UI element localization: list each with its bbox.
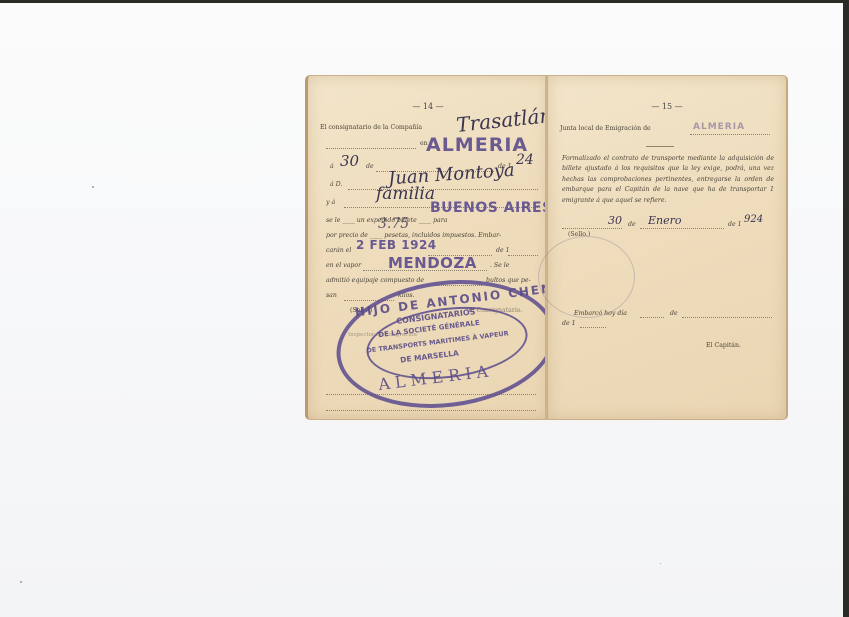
day-handwritten: 30 xyxy=(340,152,359,170)
date-stamp: 2 FEB 1924 xyxy=(356,238,437,252)
city-stamp: ALMERIA xyxy=(426,134,528,156)
divider xyxy=(646,146,674,147)
board-city-stamp: ALMERIA xyxy=(693,122,745,132)
formalization-paragraph: Formalizado el contrato de transporte me… xyxy=(562,154,774,206)
page-number-right: — 15 — xyxy=(548,102,786,111)
embarked-de: de xyxy=(670,310,678,317)
embarked-year: de 1 xyxy=(562,320,576,327)
date-month-handwritten: Enero xyxy=(648,214,682,227)
companion-handwritten: familia xyxy=(376,184,435,204)
date-de-label: de xyxy=(628,221,636,228)
destination-stamp: BUENOS AIRES xyxy=(430,200,553,216)
luggage-line-2: admitió equipaje compuesto de xyxy=(326,277,424,284)
left-page: — 14 — El consignatario de la Compañía T… xyxy=(305,75,549,420)
blank-line xyxy=(580,327,606,328)
blank-line xyxy=(363,270,487,271)
blank-line xyxy=(640,228,724,229)
date-prefix: á xyxy=(330,163,334,170)
to-label: á D. xyxy=(330,181,342,188)
luggage-line-1: . Se le xyxy=(490,262,509,269)
date-year-handwritten: 924 xyxy=(744,214,763,225)
blank-line xyxy=(640,317,664,318)
embark-year: de 1 xyxy=(496,247,510,254)
dust-speck xyxy=(20,581,22,583)
right-page: — 15 — Junta local de Emigración de ALME… xyxy=(547,75,788,420)
year-handwritten: 24 xyxy=(516,152,534,168)
consignee-label: El consignatario de la Compañía xyxy=(320,124,422,131)
blank-line xyxy=(682,317,772,318)
blank-line xyxy=(326,148,416,149)
captain-label: El Capitán. xyxy=(706,342,741,349)
and-label: y á xyxy=(326,199,335,206)
blank-line xyxy=(562,228,622,229)
weight-line: san xyxy=(326,292,337,299)
date-year-label: de 1 xyxy=(728,221,742,228)
dust-speck xyxy=(660,563,661,564)
ship-label: en el vapor xyxy=(326,262,361,269)
board-label: Junta local de Emigración de xyxy=(560,125,651,132)
de-label: de xyxy=(366,163,374,170)
faint-seal-impression xyxy=(538,236,635,318)
embarked-label: Embarcó hoy día xyxy=(574,310,627,317)
dust-speck xyxy=(92,186,94,188)
price-handwritten: 3.75 xyxy=(378,216,409,232)
blank-line xyxy=(508,255,538,256)
date-day-handwritten: 30 xyxy=(608,214,622,227)
blank-line xyxy=(690,134,770,135)
passport-booklet: — 14 — El consignatario de la Compañía T… xyxy=(305,75,788,420)
blank-line xyxy=(326,410,536,411)
embark-line: carán el xyxy=(326,247,351,254)
